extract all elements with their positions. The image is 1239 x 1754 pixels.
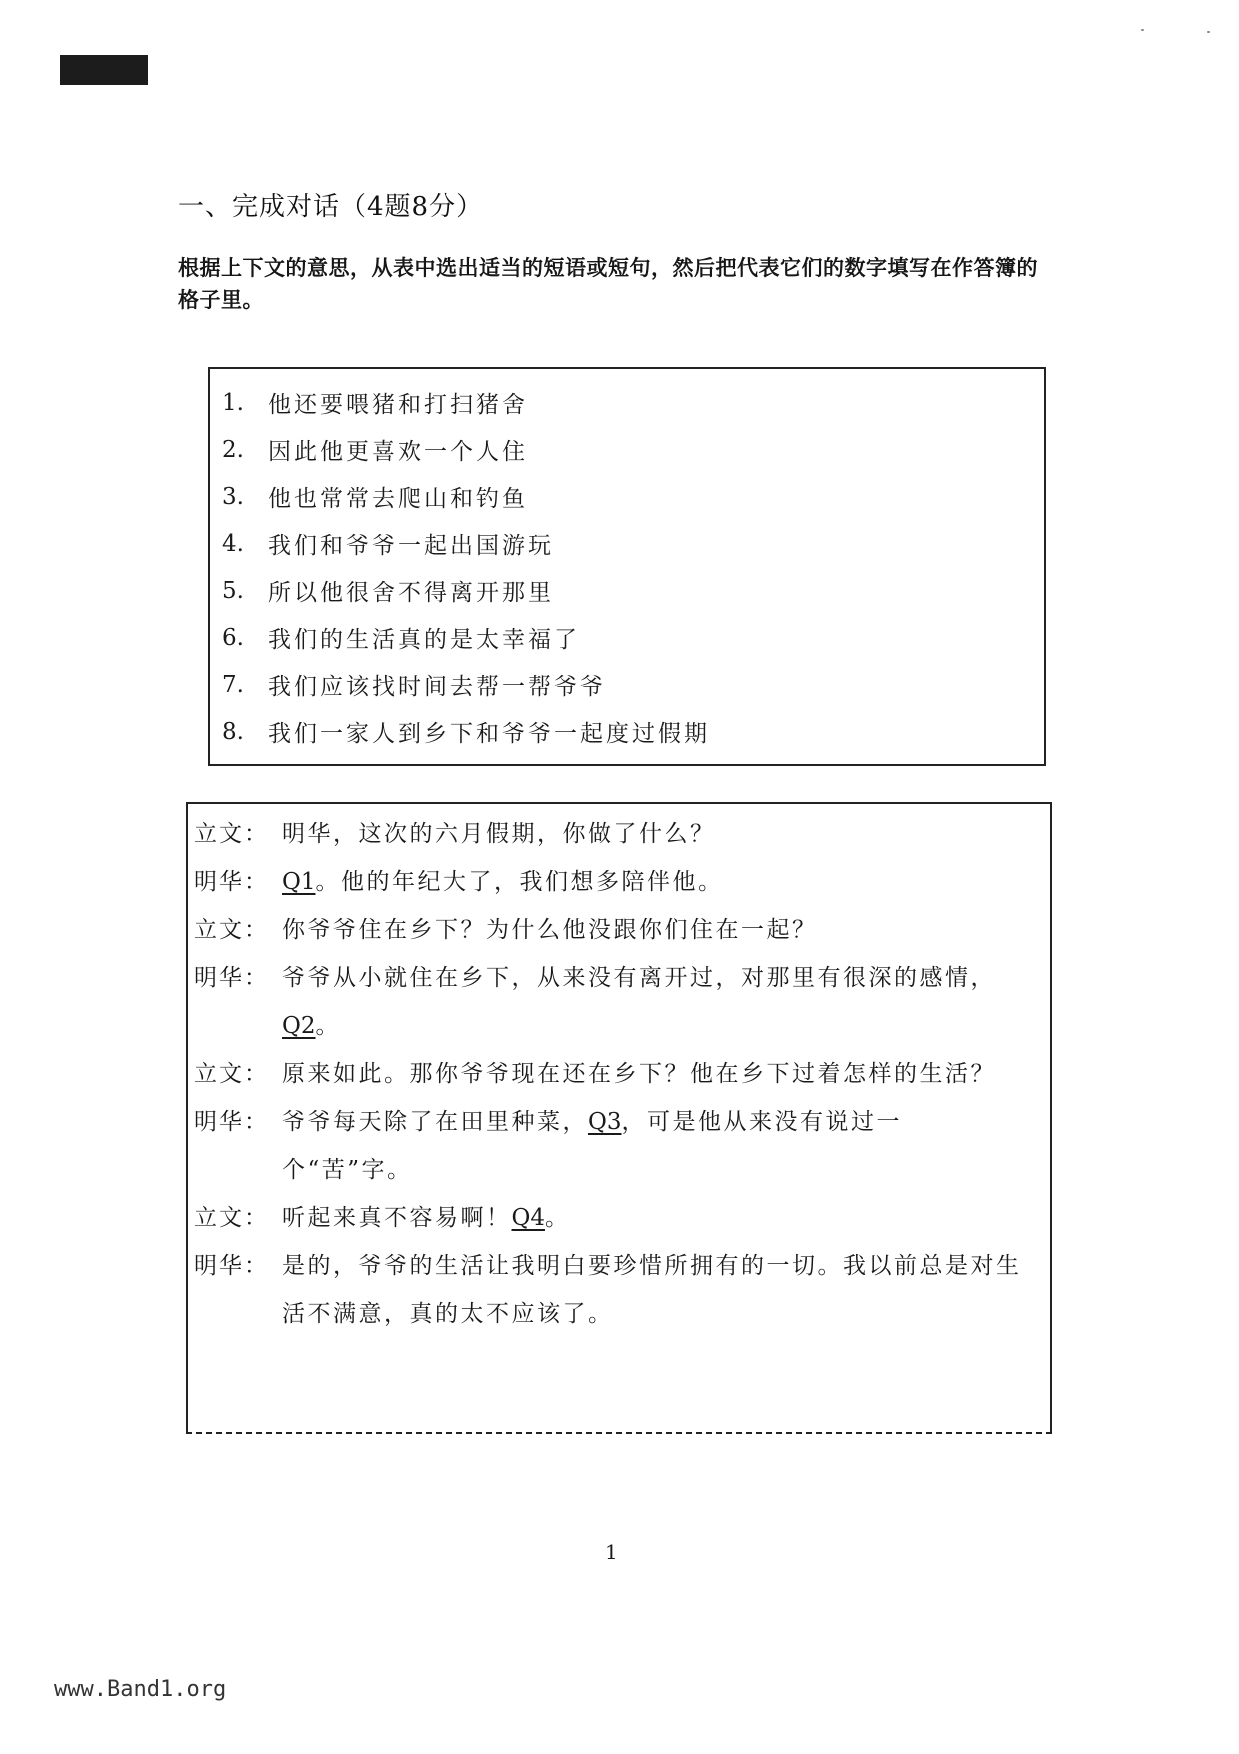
speaker-name: 立文：: [194, 1050, 282, 1098]
dialogue-turn: 立文： 你爷爷住在乡下？为什么他没跟你们住在一起？: [194, 906, 1050, 954]
option-text: 我们一家人到乡下和爷爷一起度过假期: [266, 715, 710, 748]
speech-segment: 明华，这次的六月假期，你做了什么？: [282, 821, 716, 847]
option-number: 2.: [210, 437, 266, 463]
dialogue-turn: 明华： 爷爷每天除了在田里种菜，Q3，可是他从来没有说过一个“苦”字。: [194, 1098, 1050, 1194]
speech-text: 明华，这次的六月假期，你做了什么？: [282, 810, 1050, 858]
page-number: 1: [605, 1540, 618, 1564]
speech-text: 原来如此。那你爷爷现在还在乡下？他在乡下过着怎样的生活？: [282, 1050, 1050, 1098]
option-number: 1.: [210, 390, 266, 416]
scan-speck: [1207, 31, 1210, 33]
answer-blank-q4: Q4: [512, 1205, 546, 1231]
dialogue-turn: 立文： 听起来真不容易啊！Q4。: [194, 1194, 1050, 1242]
dialogue-turn: 明华： 是的，爷爷的生活让我明白要珍惜所拥有的一切。我以前总是对生活不满意，真的…: [194, 1242, 1050, 1338]
section-title: 一、完成对话（4题8分）: [178, 186, 483, 223]
speaker-name: 立文：: [194, 906, 282, 954]
speech-segment: 是的，爷爷的生活让我明白要珍惜所拥有的一切。我以前总是对生活不满意，真的太不应该…: [282, 1253, 1022, 1327]
redaction-bar: [60, 55, 148, 85]
dialogue-turn: 明华： 爷爷从小就住在乡下，从来没有离开过，对那里有很深的感情，Q2。: [194, 954, 1050, 1050]
option-item: 7.我们应该找时间去帮一帮爷爷: [210, 661, 1044, 708]
speech-segment: 听起来真不容易啊！: [282, 1205, 512, 1231]
speech-segment: 。他的年纪大了，我们想多陪伴他。: [316, 869, 724, 895]
speech-text: 爷爷从小就住在乡下，从来没有离开过，对那里有很深的感情，Q2。: [282, 954, 1050, 1050]
footer-url: www.Band1.org: [54, 1677, 226, 1702]
option-text: 他还要喂猪和打扫猪舍: [266, 386, 528, 419]
option-number: 4.: [210, 531, 266, 557]
speaker-name: 明华：: [194, 1242, 282, 1338]
option-text: 所以他很舍不得离开那里: [266, 574, 554, 607]
option-number: 3.: [210, 484, 266, 510]
answer-blank-q3: Q3: [588, 1109, 622, 1135]
dialogue-turn: 明华： Q1。他的年纪大了，我们想多陪伴他。: [194, 858, 1050, 906]
scan-speck: [1141, 29, 1144, 31]
option-item: 4.我们和爷爷一起出国游玩: [210, 520, 1044, 567]
speech-segment: 原来如此。那你爷爷现在还在乡下？他在乡下过着怎样的生活？: [282, 1061, 996, 1087]
option-text: 我们和爷爷一起出国游玩: [266, 527, 554, 560]
speech-segment: 爷爷从小就住在乡下，从来没有离开过，对那里有很深的感情，: [282, 965, 996, 991]
speaker-name: 明华：: [194, 954, 282, 1050]
option-text: 他也常常去爬山和钓鱼: [266, 480, 528, 513]
option-item: 1.他还要喂猪和打扫猪舍: [210, 379, 1044, 426]
speech-text: Q1。他的年纪大了，我们想多陪伴他。: [282, 858, 1050, 906]
instructions: 根据上下文的意思，从表中选出适当的短语或短句，然后把代表它们的数字填写在作答簿的…: [178, 252, 1038, 316]
dialogue-box: 立文： 明华，这次的六月假期，你做了什么？ 明华： Q1。他的年纪大了，我们想多…: [186, 802, 1052, 1434]
option-number: 6.: [210, 625, 266, 651]
option-item: 2.因此他更喜欢一个人住: [210, 426, 1044, 473]
speech-text: 听起来真不容易啊！Q4。: [282, 1194, 1050, 1242]
option-number: 5.: [210, 578, 266, 604]
answer-blank-q1: Q1: [282, 869, 316, 895]
option-item: 3.他也常常去爬山和钓鱼: [210, 473, 1044, 520]
speech-text: 你爷爷住在乡下？为什么他没跟你们住在一起？: [282, 906, 1050, 954]
option-item: 6.我们的生活真的是太幸福了: [210, 614, 1044, 661]
options-box: 1.他还要喂猪和打扫猪舍 2.因此他更喜欢一个人住 3.他也常常去爬山和钓鱼 4…: [208, 367, 1046, 766]
option-item: 8.我们一家人到乡下和爷爷一起度过假期: [210, 708, 1044, 755]
option-item: 5.所以他很舍不得离开那里: [210, 567, 1044, 614]
dialogue: 立文： 明华，这次的六月假期，你做了什么？ 明华： Q1。他的年纪大了，我们想多…: [188, 804, 1050, 1338]
answer-blank-q2: Q2: [282, 1013, 316, 1039]
dialogue-turn: 立文： 明华，这次的六月假期，你做了什么？: [194, 810, 1050, 858]
option-text: 我们应该找时间去帮一帮爷爷: [266, 668, 606, 701]
speech-segment: 。: [545, 1205, 571, 1231]
speaker-name: 立文：: [194, 1194, 282, 1242]
dialogue-turn: 立文： 原来如此。那你爷爷现在还在乡下？他在乡下过着怎样的生活？: [194, 1050, 1050, 1098]
speech-segment: 你爷爷住在乡下？为什么他没跟你们住在一起？: [282, 917, 818, 943]
option-number: 7.: [210, 672, 266, 698]
speaker-name: 明华：: [194, 858, 282, 906]
speaker-name: 明华：: [194, 1098, 282, 1194]
option-number: 8.: [210, 719, 266, 745]
speaker-name: 立文：: [194, 810, 282, 858]
speech-segment: 爷爷每天除了在田里种菜，: [282, 1109, 588, 1135]
option-text: 因此他更喜欢一个人住: [266, 433, 528, 466]
speech-text: 爷爷每天除了在田里种菜，Q3，可是他从来没有说过一个“苦”字。: [282, 1098, 1050, 1194]
speech-text: 是的，爷爷的生活让我明白要珍惜所拥有的一切。我以前总是对生活不满意，真的太不应该…: [282, 1242, 1050, 1338]
options-list: 1.他还要喂猪和打扫猪舍 2.因此他更喜欢一个人住 3.他也常常去爬山和钓鱼 4…: [210, 369, 1044, 755]
speech-segment: 。: [316, 1013, 342, 1039]
option-text: 我们的生活真的是太幸福了: [266, 621, 580, 654]
